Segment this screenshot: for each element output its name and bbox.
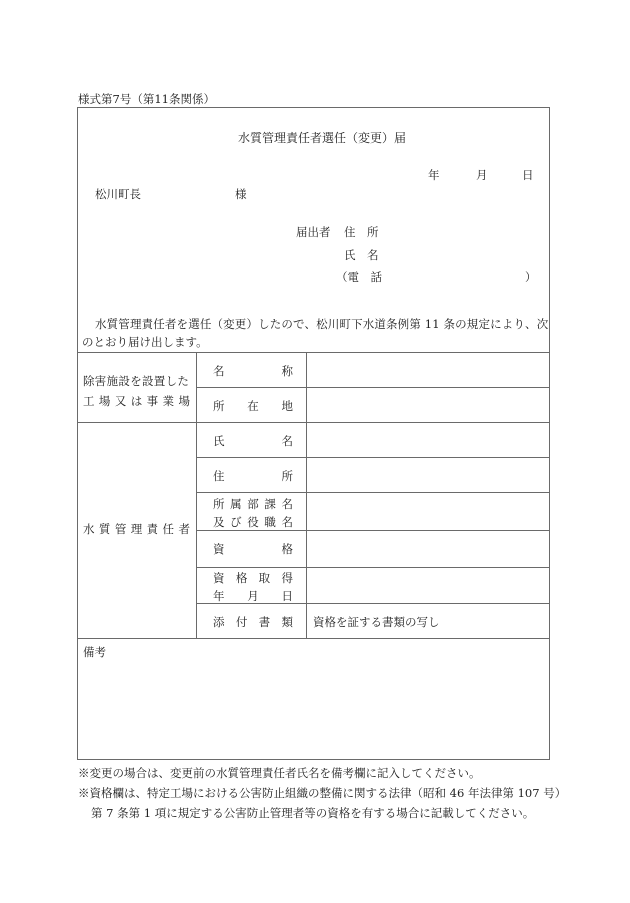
row-label-location: 所 在 地 xyxy=(213,398,293,414)
body-text-line2: のとおり届け出します。 xyxy=(82,334,208,350)
row-label-qualification: 資 格 xyxy=(213,541,293,557)
row-divider xyxy=(196,387,550,388)
body-text-line1: 水質管理責任者を選任（変更）したので、松川町下水道条例第 11 条の規定により、… xyxy=(95,316,548,332)
group1-label-line2: 工 場 又 は 事 業 場 xyxy=(83,393,190,409)
group-divider xyxy=(77,422,550,423)
row-label-department-line2: 及 び 役 職 名 xyxy=(213,514,293,530)
table-top-line xyxy=(77,352,550,353)
facility-name-value[interactable] xyxy=(312,363,544,381)
remarks-field[interactable] xyxy=(83,662,543,754)
attachments-value: 資格を証する書類の写し xyxy=(313,614,440,630)
date-year-label: 年 xyxy=(428,167,440,183)
row-divider xyxy=(196,567,550,568)
row-label-name: 名 称 xyxy=(213,363,293,379)
row-divider xyxy=(196,530,550,531)
form-title: 水質管理責任者選任（変更）届 xyxy=(238,129,406,146)
row-label-person-name: 氏 名 xyxy=(213,433,293,449)
notifier-phone-label: （電 話 xyxy=(336,269,382,285)
remarks-label: 備考 xyxy=(83,644,106,660)
note-2-line2: 第 7 条第 1 項に規定する公害防止管理者等の資格を有する場合に記載してくださ… xyxy=(91,805,534,821)
column-divider xyxy=(306,352,307,638)
row-divider xyxy=(196,492,550,493)
group1-label-line1: 除害施設を設置した xyxy=(83,373,189,389)
manager-qualification-date-value[interactable] xyxy=(312,578,544,596)
form-number: 様式第7号（第11条関係） xyxy=(78,91,215,107)
notifier-name-label: 氏 名 xyxy=(344,247,379,263)
manager-address-value[interactable] xyxy=(312,468,544,486)
group2-label: 水 質 管 理 責 任 者 xyxy=(83,521,190,537)
manager-qualification-value[interactable] xyxy=(312,541,544,559)
column-divider xyxy=(196,352,197,638)
note-1: ※変更の場合は、変更前の水質管理責任者氏名を備考欄に記入してください。 xyxy=(78,765,481,781)
row-label-department-line1: 所 属 部 課 名 xyxy=(213,496,293,512)
manager-department-value[interactable] xyxy=(312,502,544,520)
notifier-label: 届出者 xyxy=(296,224,331,240)
addressee-name: 松川町長 xyxy=(95,186,141,202)
row-label-attachments: 添 付 書 類 xyxy=(213,614,293,630)
facility-location-value[interactable] xyxy=(312,398,544,416)
note-2-line1: ※資格欄は、特定工場における公害防止組織の整備に関する法律（昭和 46 年法律第… xyxy=(78,785,566,801)
date-day-label: 日 xyxy=(522,167,534,183)
notifier-phone-close: ） xyxy=(525,269,537,285)
row-label-address: 住 所 xyxy=(213,468,293,484)
row-divider xyxy=(196,457,550,458)
table-bottom-line xyxy=(77,638,550,639)
date-month-label: 月 xyxy=(476,167,488,183)
row-label-qualification-date-line1: 資 格 取 得 xyxy=(213,570,293,586)
manager-name-value[interactable] xyxy=(312,433,544,451)
addressee-honorific: 様 xyxy=(235,186,247,202)
notifier-address-label: 住 所 xyxy=(344,224,379,240)
row-label-qualification-date-line2: 年 月 日 xyxy=(213,588,293,604)
